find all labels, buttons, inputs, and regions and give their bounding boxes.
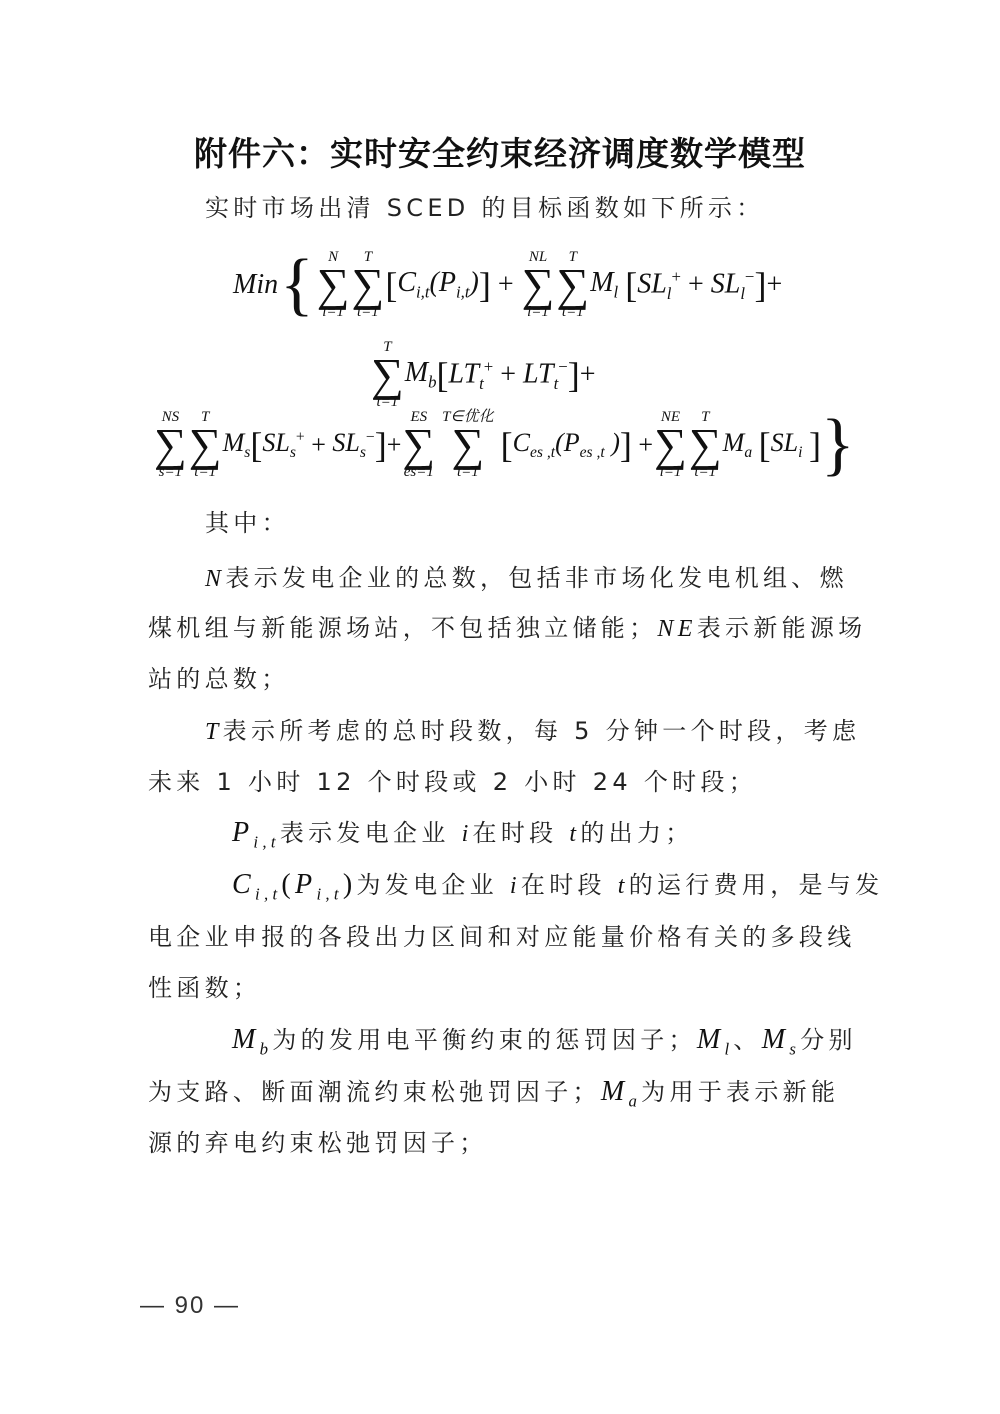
sum-symbol: T∑t=1 xyxy=(556,250,589,320)
sum-symbol: T∑t=1 xyxy=(371,340,404,410)
sum-symbol: NL∑l=1 xyxy=(522,250,555,320)
def-t-line-2: 未来 1 小时 12 个时段或 2 小时 24 个时段； xyxy=(148,767,757,797)
def-t-line-1: T表示所考虑的总时段数，每 5 分钟一个时段，考虑 xyxy=(205,716,860,747)
document-title: 附件六：实时安全约束经济调度数学模型 xyxy=(0,128,1000,175)
sum-symbol: N∑i=1 xyxy=(317,250,350,320)
def-m-line-2: 为支路、断面潮流约束松弛罚因子；Ma为用于表示新能 xyxy=(148,1077,839,1117)
sum-symbol: T∑t=1 xyxy=(689,410,722,480)
min-operator: Min xyxy=(233,269,278,301)
def-c-line-2: 电企业申报的各段出力区间和对应能量价格有关的多段线 xyxy=(148,922,856,952)
def-p-line-1: Pi,t表示发电企业 i在时段 t的出力； xyxy=(232,818,694,858)
def-m-line-1: Mb为的发用电平衡约束的惩罚因子；Ml、Ms分别 xyxy=(232,1025,857,1065)
open-brace: { xyxy=(280,250,314,320)
intro-text: 实时市场出清 SCED 的目标函数如下所示： xyxy=(205,193,765,223)
sum-symbol: ES∑es=1 xyxy=(402,410,435,480)
page-number: — 90 — xyxy=(140,1292,240,1320)
def-c-line-3: 性函数； xyxy=(148,973,261,1003)
def-c-line-1: Ci,t(Pi,t)为发电企业 i在时段 t的运行费用，是与发 xyxy=(232,870,883,910)
def-n-line-3: 站的总数； xyxy=(148,664,290,694)
sum-symbol: NE∑i=1 xyxy=(654,410,687,480)
where-label: 其中： xyxy=(205,508,290,538)
sum-symbol: NS∑s=1 xyxy=(154,410,187,480)
sum-symbol: T∑t=1 xyxy=(352,250,385,320)
sum-symbol: T∈优化∑t=1 xyxy=(442,410,493,480)
def-n-line-2: 煤机组与新能源场站，不包括独立储能；NE表示新能源场 xyxy=(148,613,867,644)
close-brace: } xyxy=(821,410,855,480)
formula-line-2: T∑t=1 Mb[LTt+ + LTt−]+ xyxy=(370,340,596,410)
formula-line-3: NS∑s=1 T∑t=1 Ms[SLs+ + SLs−]+ ES∑es=1 T∈… xyxy=(153,410,855,480)
formula-line-1: Min { N∑i=1 T∑t=1 [Ci,t(Pi,t)] + NL∑l=1 … xyxy=(233,250,782,320)
sum-symbol: T∑t=1 xyxy=(189,410,222,480)
def-m-line-3: 源的弃电约束松弛罚因子； xyxy=(148,1128,488,1158)
def-n-line-1: N表示发电企业的总数，包括非市场化发电机组、燃 xyxy=(205,563,848,594)
